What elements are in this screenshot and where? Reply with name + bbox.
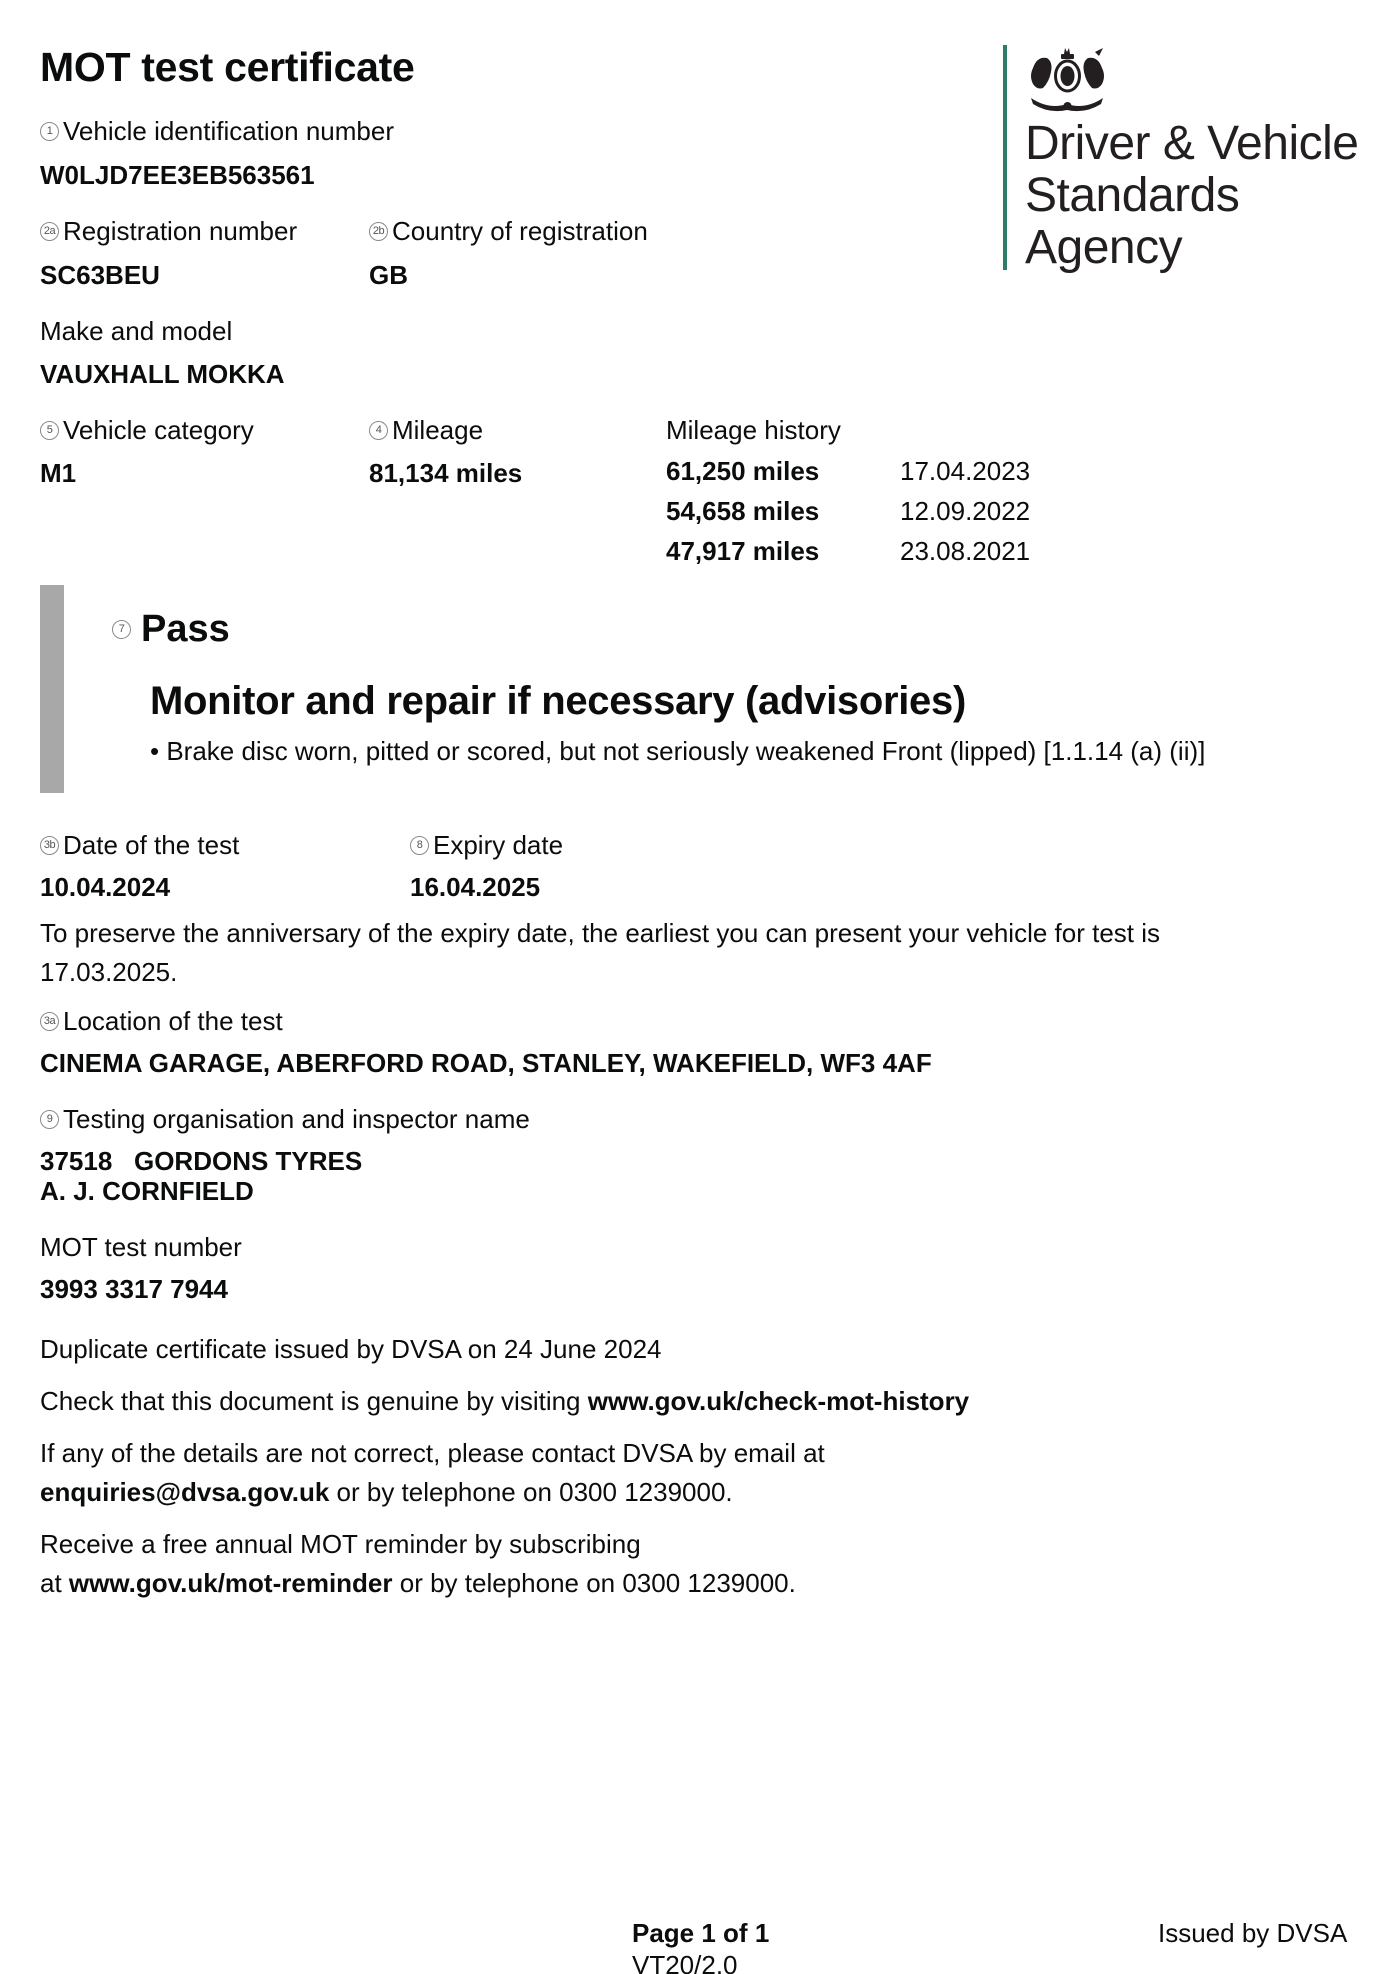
bullet-icon: •: [150, 736, 166, 766]
mot-reminder-link[interactable]: www.gov.uk/mot-reminder: [69, 1568, 393, 1598]
registration-value: SC63BEU: [40, 260, 160, 291]
contact-note-line2: enquiries@dvsa.gov.uk or by telephone on…: [40, 1477, 733, 1508]
issued-by: Issued by DVSA: [1158, 1918, 1347, 1949]
test-number-label: MOT test number: [40, 1232, 242, 1263]
country-label: 2b Country of registration: [369, 216, 648, 247]
test-date-value: 10.04.2024: [40, 872, 170, 903]
duplicate-note: Duplicate certificate issued by DVSA on …: [40, 1334, 662, 1365]
registration-label: 2a Registration number: [40, 216, 297, 247]
logo-divider: [1003, 45, 1007, 270]
marker-3a-icon: 3a: [40, 1012, 59, 1031]
advisory-item: • Brake disc worn, pitted or scored, but…: [150, 736, 1205, 767]
marker-2b-icon: 2b: [369, 222, 388, 241]
expiry-date-label: 8 Expiry date: [410, 830, 563, 861]
anniversary-note: To preserve the anniversary of the expir…: [40, 918, 1160, 949]
category-value: M1: [40, 458, 76, 489]
marker-5-icon: 5: [40, 421, 59, 440]
marker-4-icon: 4: [369, 421, 388, 440]
location-label: 3a Location of the test: [40, 1006, 283, 1037]
inspector-name: A. J. CORNFIELD: [40, 1176, 254, 1207]
marker-7-icon: 7: [112, 620, 131, 639]
result-indicator-bar: [40, 585, 64, 793]
mileage-value: 81,134 miles: [369, 458, 522, 489]
test-number-value: 3993 3317 7944: [40, 1274, 228, 1305]
dvsa-logo-text: Driver & Vehicle Standards Agency: [1025, 118, 1358, 274]
marker-3b-icon: 3b: [40, 836, 59, 855]
mileage-label: 4 Mileage: [369, 415, 483, 446]
location-value: CINEMA GARAGE, ABERFORD ROAD, STANLEY, W…: [40, 1048, 932, 1079]
check-mot-history-link[interactable]: www.gov.uk/check-mot-history: [588, 1386, 969, 1416]
test-date-label: 3b Date of the test: [40, 830, 239, 861]
result-status: 7 Pass: [112, 608, 230, 651]
document-title: MOT test certificate: [40, 44, 415, 91]
make-model-label: Make and model: [40, 316, 232, 347]
marker-2a-icon: 2a: [40, 222, 59, 241]
make-model-value: VAUXHALL MOKKA: [40, 359, 285, 390]
contact-note-line1: If any of the details are not correct, p…: [40, 1438, 825, 1469]
form-version: VT20/2.0: [632, 1950, 738, 1974]
mileage-history-label: Mileage history: [666, 415, 841, 446]
check-genuine-note: Check that this document is genuine by v…: [40, 1386, 969, 1417]
reminder-note-line1: Receive a free annual MOT reminder by su…: [40, 1529, 641, 1560]
marker-1-icon: 1: [40, 122, 59, 141]
advisories-heading: Monitor and repair if necessary (advisor…: [150, 679, 966, 724]
page-indicator: Page 1 of 1: [632, 1918, 769, 1949]
marker-9-icon: 9: [40, 1110, 59, 1129]
royal-coat-of-arms-icon: [1025, 46, 1110, 118]
vin-value: W0LJD7EE3EB563561: [40, 160, 315, 191]
reminder-note-line2: at www.gov.uk/mot-reminder or by telepho…: [40, 1568, 796, 1599]
contact-email-link[interactable]: enquiries@dvsa.gov.uk: [40, 1477, 329, 1507]
organisation-name: 37518 GORDONS TYRES: [40, 1146, 362, 1177]
anniversary-date: 17.03.2025.: [40, 957, 177, 988]
marker-8-icon: 8: [410, 836, 429, 855]
category-label: 5 Vehicle category: [40, 415, 254, 446]
country-value: GB: [369, 260, 408, 291]
vin-label: 1 Vehicle identification number: [40, 116, 394, 147]
expiry-date-value: 16.04.2025: [410, 872, 540, 903]
organisation-label: 9 Testing organisation and inspector nam…: [40, 1104, 530, 1135]
